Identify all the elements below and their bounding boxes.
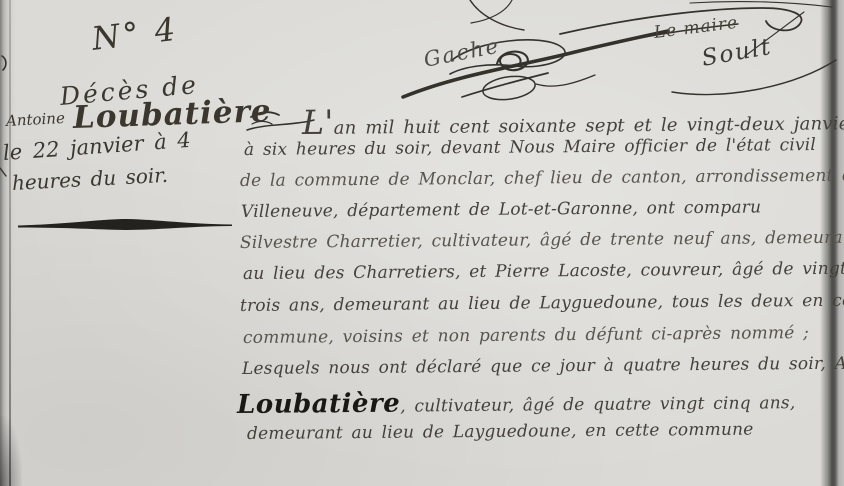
act-number: N° 4 <box>90 10 181 58</box>
signature-gache: Gache <box>422 34 502 72</box>
register-page-scan: Gache Le maire Soult N° 4 Décès de Antoi… <box>0 0 844 486</box>
paraph-top-cut-2 <box>471 0 512 23</box>
gache-paraph-knot <box>497 52 528 71</box>
body-line: au lieu des Charretiers, et Pierre Lacos… <box>243 259 844 284</box>
gache-paraph-slash <box>462 73 548 97</box>
body-line: Silvestre Charretier, cultivateur, âgé d… <box>240 228 844 253</box>
page-binding-edge-left <box>0 0 16 486</box>
body-line-deceased-name: Loubatière, cultivateur, âgé de quatre v… <box>237 385 796 420</box>
body-line: commune, voisins et non parents du défun… <box>243 323 809 348</box>
binding-shadow-bottom-left <box>0 416 22 486</box>
gache-paraph-ellipse <box>483 76 535 99</box>
mayor-underline-swash <box>672 60 836 95</box>
mayor-title-label: Le maire <box>653 13 739 43</box>
body-line: Villeneuve, département de Lot-et-Garonn… <box>241 197 761 222</box>
body-line: à six heures du soir, devant Nous Maire … <box>244 135 816 160</box>
paraph-top-cut-1 <box>470 0 524 30</box>
body-line: Lesquels nous ont déclaré que ce jour à … <box>242 353 844 379</box>
margin-death-date: le 22 janvier à 4 <box>2 128 191 165</box>
body-line: demeurant au lieu de Layguedoune, en cet… <box>247 420 754 444</box>
body-line: trois ans, demeurant au lieu de Layguedo… <box>240 290 844 316</box>
margin-death-time: heures du soir. <box>11 163 168 195</box>
paraph-top-cut-3 <box>690 2 832 7</box>
gache-paraph-wave <box>536 75 595 86</box>
margin-separator-rule <box>18 219 232 230</box>
signature-mayor: Soult <box>700 34 774 72</box>
deceased-first-name: Antoine <box>6 109 66 130</box>
page-binding-line <box>9 0 11 486</box>
body-line: de la commune de Monclar, chef lieu de c… <box>240 166 844 191</box>
deceased-line-rest: , cultivateur, âgé de quatre vingt cinq … <box>400 393 795 416</box>
deceased-name-in-body: Loubatière <box>237 389 400 420</box>
